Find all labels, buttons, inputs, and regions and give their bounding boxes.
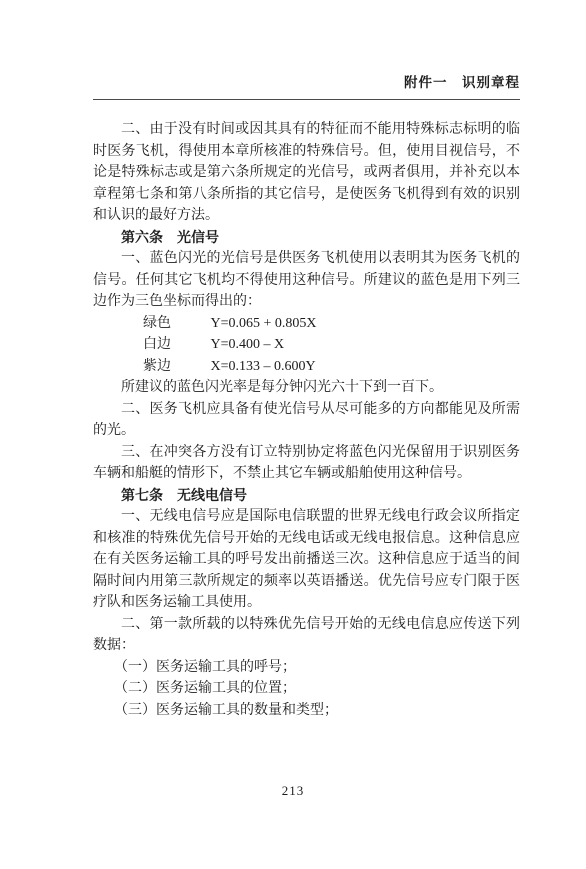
equation-formula-green: Y=0.065 + 0.805X — [211, 313, 317, 335]
equation-formula-purple-boundary: X=0.133 – 0.600Y — [211, 356, 316, 378]
header-title: 附件一 识别章程 — [404, 75, 520, 90]
equation-formula-white-boundary: Y=0.400 – X — [211, 334, 285, 356]
equation-label-white-boundary: 白边 — [143, 334, 207, 356]
list-item-number-and-type: （三）医务运输工具的数量和类型； — [93, 700, 520, 722]
article-6-heading: 第六条 光信号 — [93, 227, 520, 249]
equation-row-purple-boundary: 紫边 X=0.133 – 0.600Y — [143, 356, 520, 378]
page-header: 附件一 识别章程 — [93, 0, 520, 91]
paragraph-flash-rate: 所建议的蓝色闪光率是每分钟闪光六十下到一百下。 — [93, 377, 520, 399]
equation-label-purple-boundary: 紫边 — [143, 356, 207, 378]
equation-label-green: 绿色 — [143, 313, 207, 335]
equation-row-white-boundary: 白边 Y=0.400 – X — [143, 334, 520, 356]
header-rule — [93, 99, 520, 100]
article-7-heading: 第七条 无线电信号 — [93, 485, 520, 507]
paragraph-radio-signal: 一、无线电信号应是国际电信联盟的世界无线电行政会议所指定和核准的特殊优先信号开始… — [93, 506, 520, 614]
paragraph-radio-message-data: 二、第一款所载的以特殊优先信号开始的无线电信息应传送下列数据： — [93, 614, 520, 657]
paragraph-provisional-medical-aircraft: 二、由于没有时间或因其具有的特征而不能用特殊标志标明的临时医务飞机，得使用本章所… — [93, 119, 520, 227]
paragraph-light-visibility: 二、医务飞机应具备有使光信号从尽可能多的方向都能见及所需的光。 — [93, 399, 520, 442]
equation-row-green: 绿色 Y=0.065 + 0.805X — [143, 313, 520, 335]
paragraph-blue-flashing-light: 一、蓝色闪光的光信号是供医务飞机使用以表明其为医务飞机的信号。任何其它飞机均不得… — [93, 248, 520, 313]
page-content: 附件一 识别章程 二、由于没有时间或因其具有的特征而不能用特殊标志标明的临时医务… — [93, 0, 520, 721]
page-number: 213 — [0, 783, 586, 799]
document-page: 附件一 识别章程 二、由于没有时间或因其具有的特征而不能用特殊标志标明的临时医务… — [0, 0, 586, 869]
document-body: 二、由于没有时间或因其具有的特征而不能用特殊标志标明的临时医务飞机，得使用本章所… — [93, 119, 520, 721]
list-item-position: （二）医务运输工具的位置； — [93, 678, 520, 700]
color-coordinate-equations: 绿色 Y=0.065 + 0.805X 白边 Y=0.400 – X 紫边 X=… — [93, 313, 520, 378]
list-item-call-sign: （一）医务运输工具的呼号； — [93, 657, 520, 679]
paragraph-no-special-agreement: 三、在冲突各方没有订立特别协定将蓝色闪光保留用于识别医务车辆和船艇的情形下，不禁… — [93, 442, 520, 485]
